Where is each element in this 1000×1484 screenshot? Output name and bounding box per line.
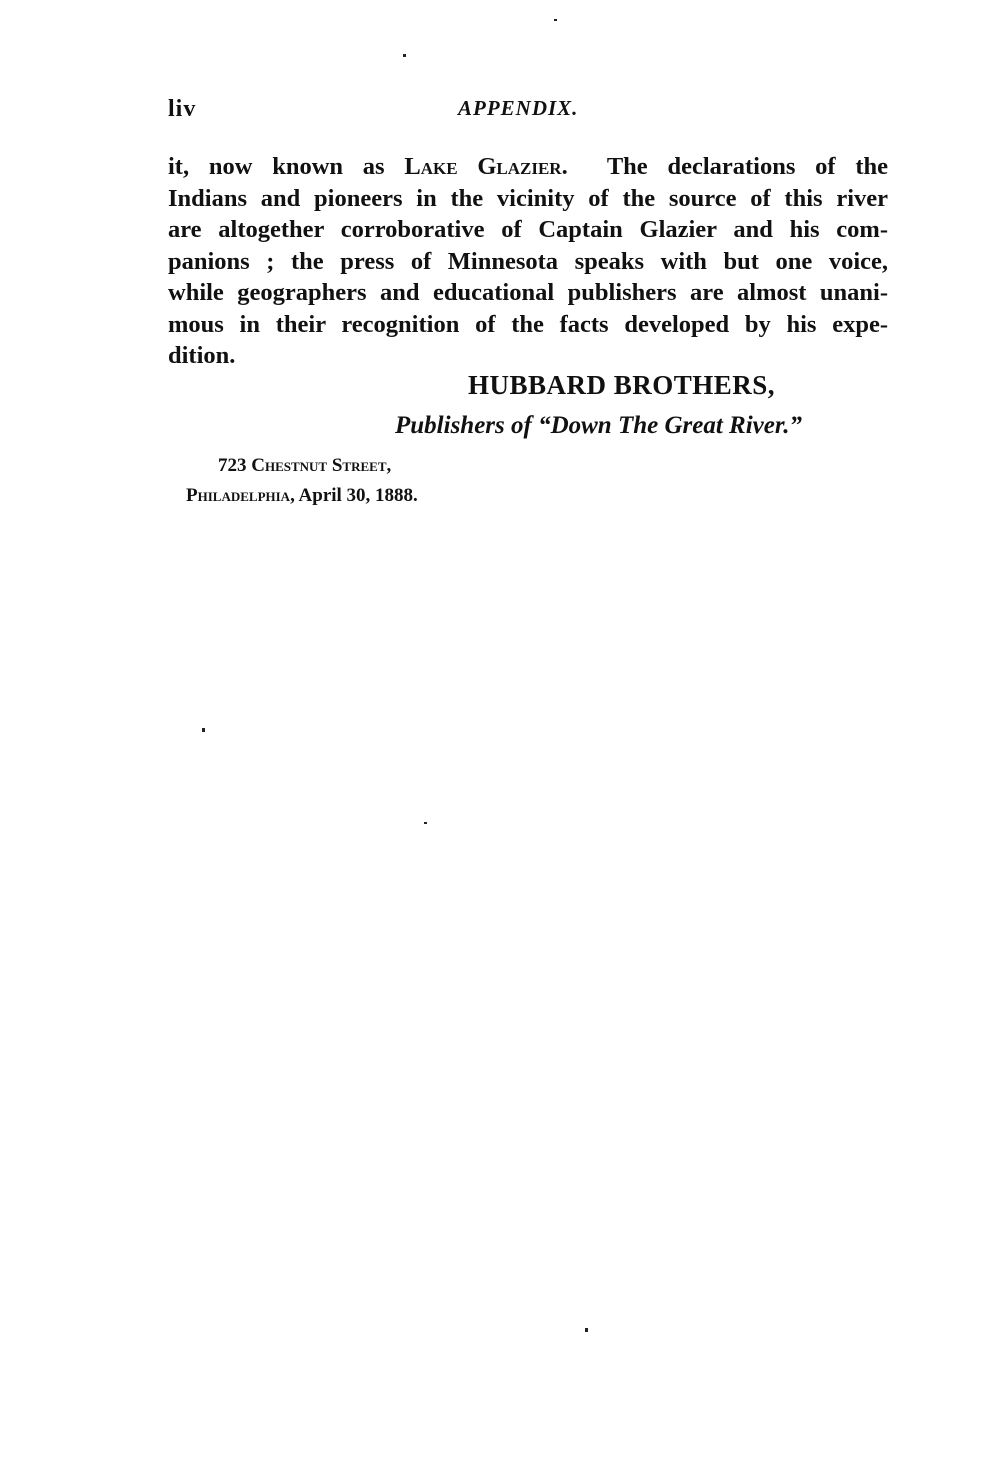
page-number: liv (168, 96, 196, 123)
scan-speck (424, 822, 427, 824)
scan-speck (554, 19, 557, 21)
city-name: Philadelphia (186, 485, 290, 506)
running-head: liv APPENDIX. (168, 96, 888, 130)
text-fragment: it, now known as (168, 153, 404, 180)
signature-title: Publishers of “Down The Great River.” (395, 412, 802, 440)
scan-speck (403, 54, 406, 57)
running-title: APPENDIX. (458, 96, 578, 121)
text-line-1: it, now known as Lake Glazier. The decla… (168, 151, 888, 183)
place-name-lake-glazier: Lake Glazier. (404, 153, 567, 180)
city-date: Philadelphia, April 30, 1888. (186, 481, 418, 511)
signature-name: HUBBARD BROTHERS, (468, 370, 775, 401)
text-line-4: panions ; the press of Minnesota speaks … (168, 246, 888, 278)
address-block: 723 Chestnut Street, Philadelphia, April… (186, 451, 418, 511)
scan-speck (202, 728, 205, 732)
text-fragment: The declarations of the (607, 153, 888, 180)
street-address: 723 Chestnut Street, (186, 451, 418, 481)
book-page: liv APPENDIX. it, now known as Lake Glaz… (0, 0, 1000, 1484)
date-text: , April 30, 1888. (290, 485, 418, 506)
text-line-3: are altogether corroborative of Captain … (168, 214, 888, 246)
text-line-5: while geographers and educational publis… (168, 277, 888, 309)
text-line-7: dition. (168, 340, 888, 372)
text-line-2: Indians and pioneers in the vicinity of … (168, 183, 888, 215)
text-line-6: mous in their recognition of the facts d… (168, 309, 888, 341)
scan-speck (585, 1328, 588, 1332)
body-paragraph: it, now known as Lake Glazier. The decla… (168, 151, 888, 372)
